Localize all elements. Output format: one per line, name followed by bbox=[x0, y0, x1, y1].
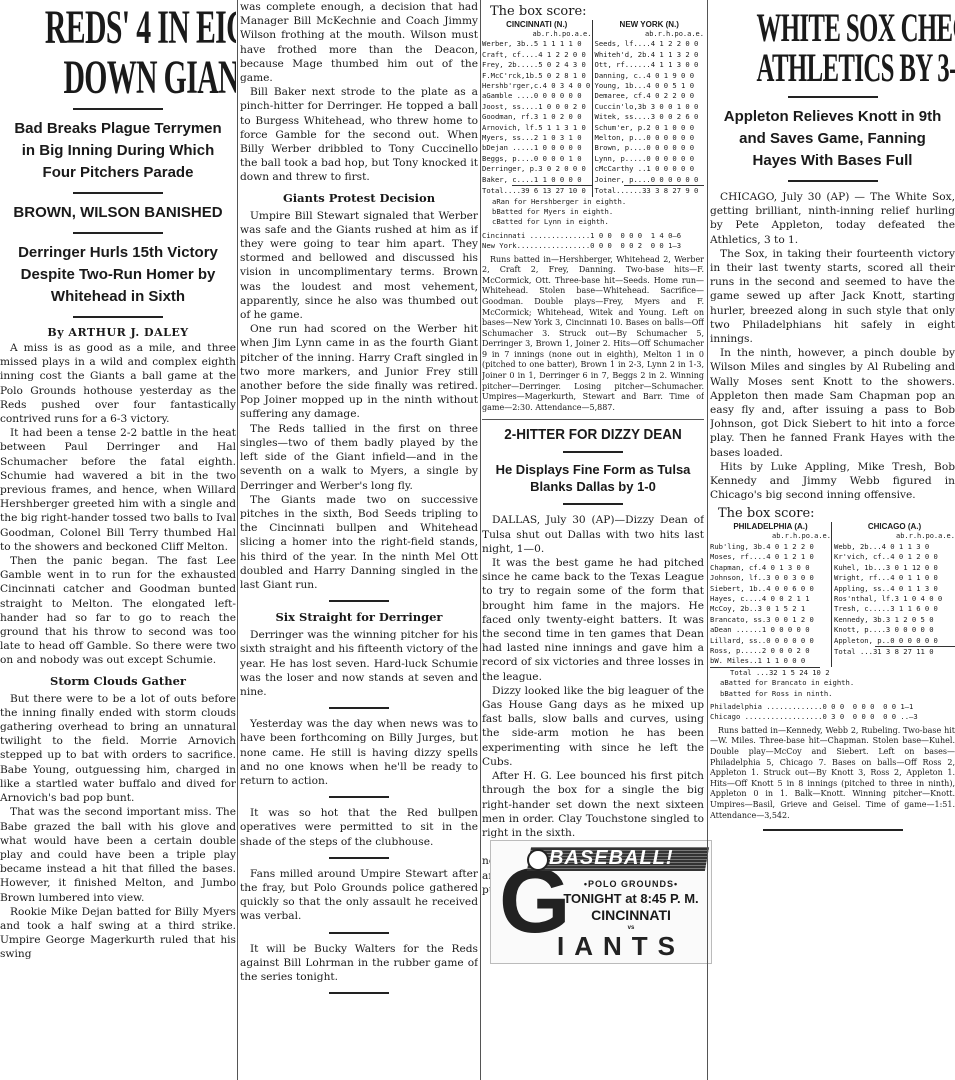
boxscore-row: Hayes, c....4 0 0 2 1 1 bbox=[710, 594, 831, 604]
divider bbox=[563, 451, 623, 453]
boxscore-row: Ros'nthal, lf.3 1 0 4 0 0 bbox=[834, 594, 955, 604]
paragraph: After H. G. Lee bounced his first pitch … bbox=[482, 769, 704, 840]
divider bbox=[73, 192, 163, 194]
deck-line: Despite Two-Run Homer by bbox=[0, 264, 236, 286]
boxscore-row: Demaree, cf.4 0 2 2 0 0 bbox=[595, 91, 705, 101]
boxscore-row: Witek, ss....3 0 0 2 6 0 bbox=[595, 112, 705, 122]
paragraph: The Sox, in taking their fourteenth vict… bbox=[710, 247, 955, 346]
boxscore-row: McCoy, 2b..3 0 1 5 2 1 bbox=[710, 604, 831, 614]
subhead-storm: Storm Clouds Gather bbox=[0, 674, 236, 688]
team-name: CINCINNATI (N.) bbox=[482, 20, 592, 29]
paragraph: A miss is as good as a mile, and three m… bbox=[0, 341, 236, 426]
boxscore-reds: CINCINNATI (N.) ab.r.h.po.a.e. Werber, 3… bbox=[482, 20, 704, 197]
column-header: ab.r.h.po.a.e. bbox=[710, 531, 831, 541]
divider bbox=[788, 96, 878, 98]
column-1: REDS' 4 IN EIGHTH DOWN GIANTS, 6-3 Bad B… bbox=[0, 0, 236, 1080]
boxscore-row: Baker, c....1 1 0 0 0 0 bbox=[482, 175, 592, 185]
boxscore-row: Whiteh'd, 2b.4 1 1 3 2 0 bbox=[595, 50, 705, 60]
boxscore-row: Myers, ss...2 1 0 3 1 0 bbox=[482, 133, 592, 143]
footnote: aRan for Hershberger in eighth. bbox=[482, 197, 704, 207]
boxscore-row: bW. Miles..1 1 1 0 0 0 bbox=[710, 656, 831, 666]
deck-banished: BROWN, WILSON BANISHED bbox=[0, 202, 236, 224]
column-rule bbox=[480, 0, 481, 1080]
boxscore-row: Appling, ss..4 0 1 1 3 0 bbox=[834, 584, 955, 594]
deck-line: Blanks Dallas by 1-0 bbox=[482, 478, 704, 495]
column-2: was complete enough, a decision that had… bbox=[240, 0, 478, 1080]
boxscore-row: Derringer, p.3 0 2 0 0 0 bbox=[482, 164, 592, 174]
boxscore-row: Tresh, c.....3 1 1 6 0 0 bbox=[834, 604, 955, 614]
team-total: Total....39 6 13 27 10 0 bbox=[482, 186, 592, 196]
boxscore-title: The box score: bbox=[718, 506, 955, 521]
team-total: Total ...32 1 5 24 10 2 bbox=[710, 667, 820, 678]
boxscore-row: Siebert, 1b..4 0 0 6 0 0 bbox=[710, 584, 831, 594]
paragraph: But there were to be a lot of outs befor… bbox=[0, 692, 236, 806]
paragraph: DALLAS, July 30 (AP)—Dizzy Dean of Tulsa… bbox=[482, 513, 704, 556]
column-rule bbox=[707, 0, 708, 1080]
divider bbox=[329, 796, 389, 798]
boxscore-row: Brown, p....0 0 0 0 0 0 bbox=[595, 143, 705, 153]
boxscore-row: Craft, cf....4 1 2 2 0 0 bbox=[482, 50, 592, 60]
deck-line: Four Pitchers Parade bbox=[0, 162, 236, 184]
linescore: Chicago ..................0 3 0 0 0 0 0 … bbox=[710, 712, 955, 722]
team-name: PHILADELPHIA (A.) bbox=[710, 522, 831, 531]
note: Fans milled around Umpire Stewart after … bbox=[240, 867, 478, 924]
boxscore-row: Kr'vich, cf..4 0 1 2 0 0 bbox=[834, 552, 955, 562]
boxscore-row: Webb, 2b...4 0 1 1 3 0 bbox=[834, 542, 955, 552]
column-header: ab.r.h.po.a.e. bbox=[595, 29, 705, 39]
boxscore-row: Lynn, p.....0 0 0 0 0 0 bbox=[595, 154, 705, 164]
linescore: Cincinnati ..............1 0 0 0 0 0 1 4… bbox=[482, 231, 704, 241]
deck-line: He Displays Fine Form as Tulsa bbox=[482, 461, 704, 478]
divider bbox=[73, 316, 163, 318]
headline-reds-line2: DOWN GIANTS, 6-3 bbox=[45, 56, 191, 100]
paragraph: Derringer was the winning pitcher for hi… bbox=[240, 628, 478, 699]
deck-line: Derringer Hurls 15th Victory bbox=[0, 242, 236, 264]
boxscore-row: Frey, 2b.....5 0 2 4 3 0 bbox=[482, 60, 592, 70]
paragraph: It had been a tense 2-2 battle in the he… bbox=[0, 426, 236, 554]
boxscore-row: Joost, ss....1 0 0 0 2 0 bbox=[482, 102, 592, 112]
byline: By ARTHUR J. DALEY bbox=[0, 326, 236, 339]
divider bbox=[73, 108, 163, 110]
paragraph: was complete enough, a decision that had… bbox=[240, 0, 478, 85]
divider bbox=[763, 829, 903, 831]
boxscore-row: F.McC'rck,1b.5 0 2 8 1 0 bbox=[482, 71, 592, 81]
divider bbox=[73, 232, 163, 234]
column-4: WHITE SOX CHECK ATHLETICS BY 3-1 Appleto… bbox=[710, 0, 955, 1080]
paragraph: In the ninth, however, a pinch double by… bbox=[710, 346, 955, 460]
headline-dean: 2-HITTER FOR DIZZY DEAN bbox=[493, 426, 693, 443]
subhead-six-straight: Six Straight for Derringer bbox=[240, 610, 478, 624]
team-name: NEW YORK (N.) bbox=[595, 20, 705, 29]
boxscore-row: Kuhel, 1b...3 0 1 12 0 0 bbox=[834, 563, 955, 573]
baseball-advertisement: G BASEBALL! •POLO GROUNDS• TONIGHT at 8:… bbox=[490, 840, 712, 964]
divider bbox=[329, 707, 389, 709]
linescore: New York.................0 0 0 0 0 2 0 0… bbox=[482, 241, 704, 251]
boxscore-row: Hershb'rger,c.4 0 3 4 0 0 bbox=[482, 81, 592, 91]
boxscore-team-cincinnati: CINCINNATI (N.) ab.r.h.po.a.e. Werber, 3… bbox=[482, 20, 592, 197]
headline-reds-line1: REDS' 4 IN EIGHTH bbox=[45, 6, 191, 50]
note: It will be Bucky Walters for the Reds ag… bbox=[240, 942, 478, 985]
paragraph: One run had scored on the Werber hit whe… bbox=[240, 322, 478, 421]
ad-time: TONIGHT at 8:45 P. M. bbox=[551, 891, 711, 906]
paragraph: Then the panic began. The fast Lee Gambl… bbox=[0, 554, 236, 668]
boxscore-row: Wright, rf...4 0 1 1 0 0 bbox=[834, 573, 955, 583]
team-total: Total ...31 3 8 27 11 0 bbox=[834, 647, 955, 657]
deck-line: and Saves Game, Fanning bbox=[710, 128, 955, 150]
deck-line: Hayes With Bases Full bbox=[710, 150, 955, 172]
boxscore-row: Schum'er, p.2 0 1 0 0 0 bbox=[595, 123, 705, 133]
headline-sox-line1: WHITE SOX CHECK bbox=[757, 8, 909, 48]
divider bbox=[329, 600, 389, 602]
boxscore-row: Ott, rf......4 1 1 3 0 0 bbox=[595, 60, 705, 70]
boxscore-row: Young, 1b...4 0 0 5 1 0 bbox=[595, 81, 705, 91]
boxscore-row: cMcCarthy ..1 0 0 0 0 0 bbox=[595, 164, 705, 174]
deck-line: Whitehead in Sixth bbox=[0, 286, 236, 308]
column-header: ab.r.h.po.a.e. bbox=[834, 531, 955, 541]
boxscore-sox: PHILADELPHIA (A.) ab.r.h.po.a.e. Rub'lin… bbox=[710, 522, 955, 666]
ad-giants-rest: IANTS bbox=[557, 931, 685, 962]
boxscore-team-newyork: NEW YORK (N.) ab.r.h.po.a.e. Seeds, lf..… bbox=[592, 20, 705, 197]
boxscore-row: Lillard, ss..0 0 0 0 0 0 bbox=[710, 636, 831, 646]
boxscore-title: The box score: bbox=[490, 4, 704, 19]
linescore: Philadelphia .............0 0 0 0 0 0 0 … bbox=[710, 702, 955, 712]
ad-banner-text: BASEBALL! bbox=[549, 847, 674, 870]
boxscore-row: Rub'ling, 3b.4 0 1 2 2 0 bbox=[710, 542, 831, 552]
player-rows: Webb, 2b...4 0 1 1 3 0Kr'vich, cf..4 0 1… bbox=[834, 542, 955, 646]
boxscore-row: Beggs, p....0 0 0 0 1 0 bbox=[482, 154, 592, 164]
boxscore-row: Appleton, p..0 0 0 0 0 0 bbox=[834, 636, 955, 646]
boxscore-row: aGamble ....0 0 0 0 0 0 bbox=[482, 91, 592, 101]
footnote: bBatted for Myers in eighth. bbox=[482, 207, 704, 217]
boxscore-row: Danning, c..4 0 1 9 0 0 bbox=[595, 71, 705, 81]
player-rows: Rub'ling, 3b.4 0 1 2 2 0Moses, rf....4 0… bbox=[710, 542, 831, 667]
paragraph: Rookie Mike Dejan batted for Billy Myers… bbox=[0, 905, 236, 962]
boxscore-summary: Runs batted in—Hershberger, Whitehead 2,… bbox=[482, 255, 704, 414]
column-header: ab.r.h.po.a.e. bbox=[482, 29, 592, 39]
boxscore-row: Moses, rf....4 0 1 2 1 0 bbox=[710, 552, 831, 562]
paragraph: That was the second important miss. The … bbox=[0, 805, 236, 904]
paragraph: Bill Baker next strode to the plate as a… bbox=[240, 85, 478, 184]
baseball-icon bbox=[527, 849, 549, 871]
footnote: aBatted for Brancato in eighth. bbox=[710, 678, 955, 688]
footnote: bBatted for Ross in ninth. bbox=[710, 689, 955, 699]
paragraph: Hits by Luke Appling, Mike Tresh, Bob Ke… bbox=[710, 460, 955, 503]
team-total: Total......33 3 8 27 9 0 bbox=[595, 186, 705, 196]
player-rows: Seeds, lf....4 1 2 2 0 0Whiteh'd, 2b.4 1… bbox=[595, 39, 705, 185]
boxscore-row: Werber, 3b..5 1 1 1 1 0 bbox=[482, 39, 592, 49]
paragraph: The Reds tallied in the first on three s… bbox=[240, 422, 478, 493]
paragraph: The Giants made two on successive pitche… bbox=[240, 493, 478, 592]
headline-sox-line2: ATHLETICS BY 3-1 bbox=[757, 48, 909, 88]
section-rule bbox=[482, 419, 704, 420]
boxscore-row: bDejan .....1 0 0 0 0 0 bbox=[482, 143, 592, 153]
subhead-protest: Giants Protest Decision bbox=[240, 191, 478, 205]
divider bbox=[329, 857, 389, 859]
boxscore-row: Johnson, lf..3 0 0 3 0 0 bbox=[710, 573, 831, 583]
paragraph: Umpire Bill Stewart signaled that Werber… bbox=[240, 209, 478, 323]
paragraph: CHICAGO, July 30 (AP) — The White Sox, g… bbox=[710, 190, 955, 247]
boxscore-row: Brancato, ss.3 0 0 1 2 0 bbox=[710, 615, 831, 625]
boxscore-row: Ross, p.....2 0 0 0 2 0 bbox=[710, 646, 831, 656]
boxscore-row: Melton, p...0 0 0 0 0 0 bbox=[595, 133, 705, 143]
boxscore-row: Kennedy, 3b.3 1 2 0 5 0 bbox=[834, 615, 955, 625]
paragraph: Dizzy looked like the big leaguer of the… bbox=[482, 684, 704, 769]
divider bbox=[329, 992, 389, 994]
note: Yesterday was the day when news was to h… bbox=[240, 717, 478, 788]
boxscore-row: Joiner, p....0 0 0 0 0 0 bbox=[595, 175, 705, 185]
ad-opponent: CINCINNATI bbox=[551, 907, 711, 923]
paragraph: It was the best game he had pitched sinc… bbox=[482, 556, 704, 684]
boxscore-row: Arnovich, lf.5 1 1 3 1 0 bbox=[482, 123, 592, 133]
boxscore-row: aDean ......1 0 0 0 0 0 bbox=[710, 625, 831, 635]
note: It was so hot that the Red bullpen opera… bbox=[240, 806, 478, 849]
deck-line: Appleton Relieves Knott in 9th bbox=[710, 106, 955, 128]
boxscore-team-chicago: CHICAGO (A.) ab.r.h.po.a.e. Webb, 2b...4… bbox=[831, 522, 955, 666]
boxscore-team-philadelphia: PHILADELPHIA (A.) ab.r.h.po.a.e. Rub'lin… bbox=[710, 522, 831, 666]
boxscore-summary: Runs batted in—Kennedy, Webb 2, Rubeling… bbox=[710, 726, 955, 821]
footnote: cBatted for Lynn in eighth. bbox=[482, 217, 704, 227]
boxscore-row: Cuccin'lo,3b 3 0 0 1 0 0 bbox=[595, 102, 705, 112]
divider bbox=[329, 932, 389, 934]
boxscore-row: Goodman, rf.3 1 0 2 0 0 bbox=[482, 112, 592, 122]
divider bbox=[563, 503, 623, 505]
deck-line: Bad Breaks Plague Terrymen bbox=[0, 118, 236, 140]
team-name: CHICAGO (A.) bbox=[834, 522, 955, 531]
player-rows: Werber, 3b..5 1 1 1 1 0Craft, cf....4 1 … bbox=[482, 39, 592, 185]
boxscore-row: Knott, p....3 0 0 0 0 0 bbox=[834, 625, 955, 635]
boxscore-row: Chapman, cf.4 0 1 3 0 0 bbox=[710, 563, 831, 573]
column-rule bbox=[237, 0, 238, 1080]
boxscore-row: Seeds, lf....4 1 2 2 0 0 bbox=[595, 39, 705, 49]
ad-venue: •POLO GROUNDS• bbox=[551, 879, 711, 889]
deck-line: in Big Inning During Which bbox=[0, 140, 236, 162]
divider bbox=[788, 180, 878, 182]
